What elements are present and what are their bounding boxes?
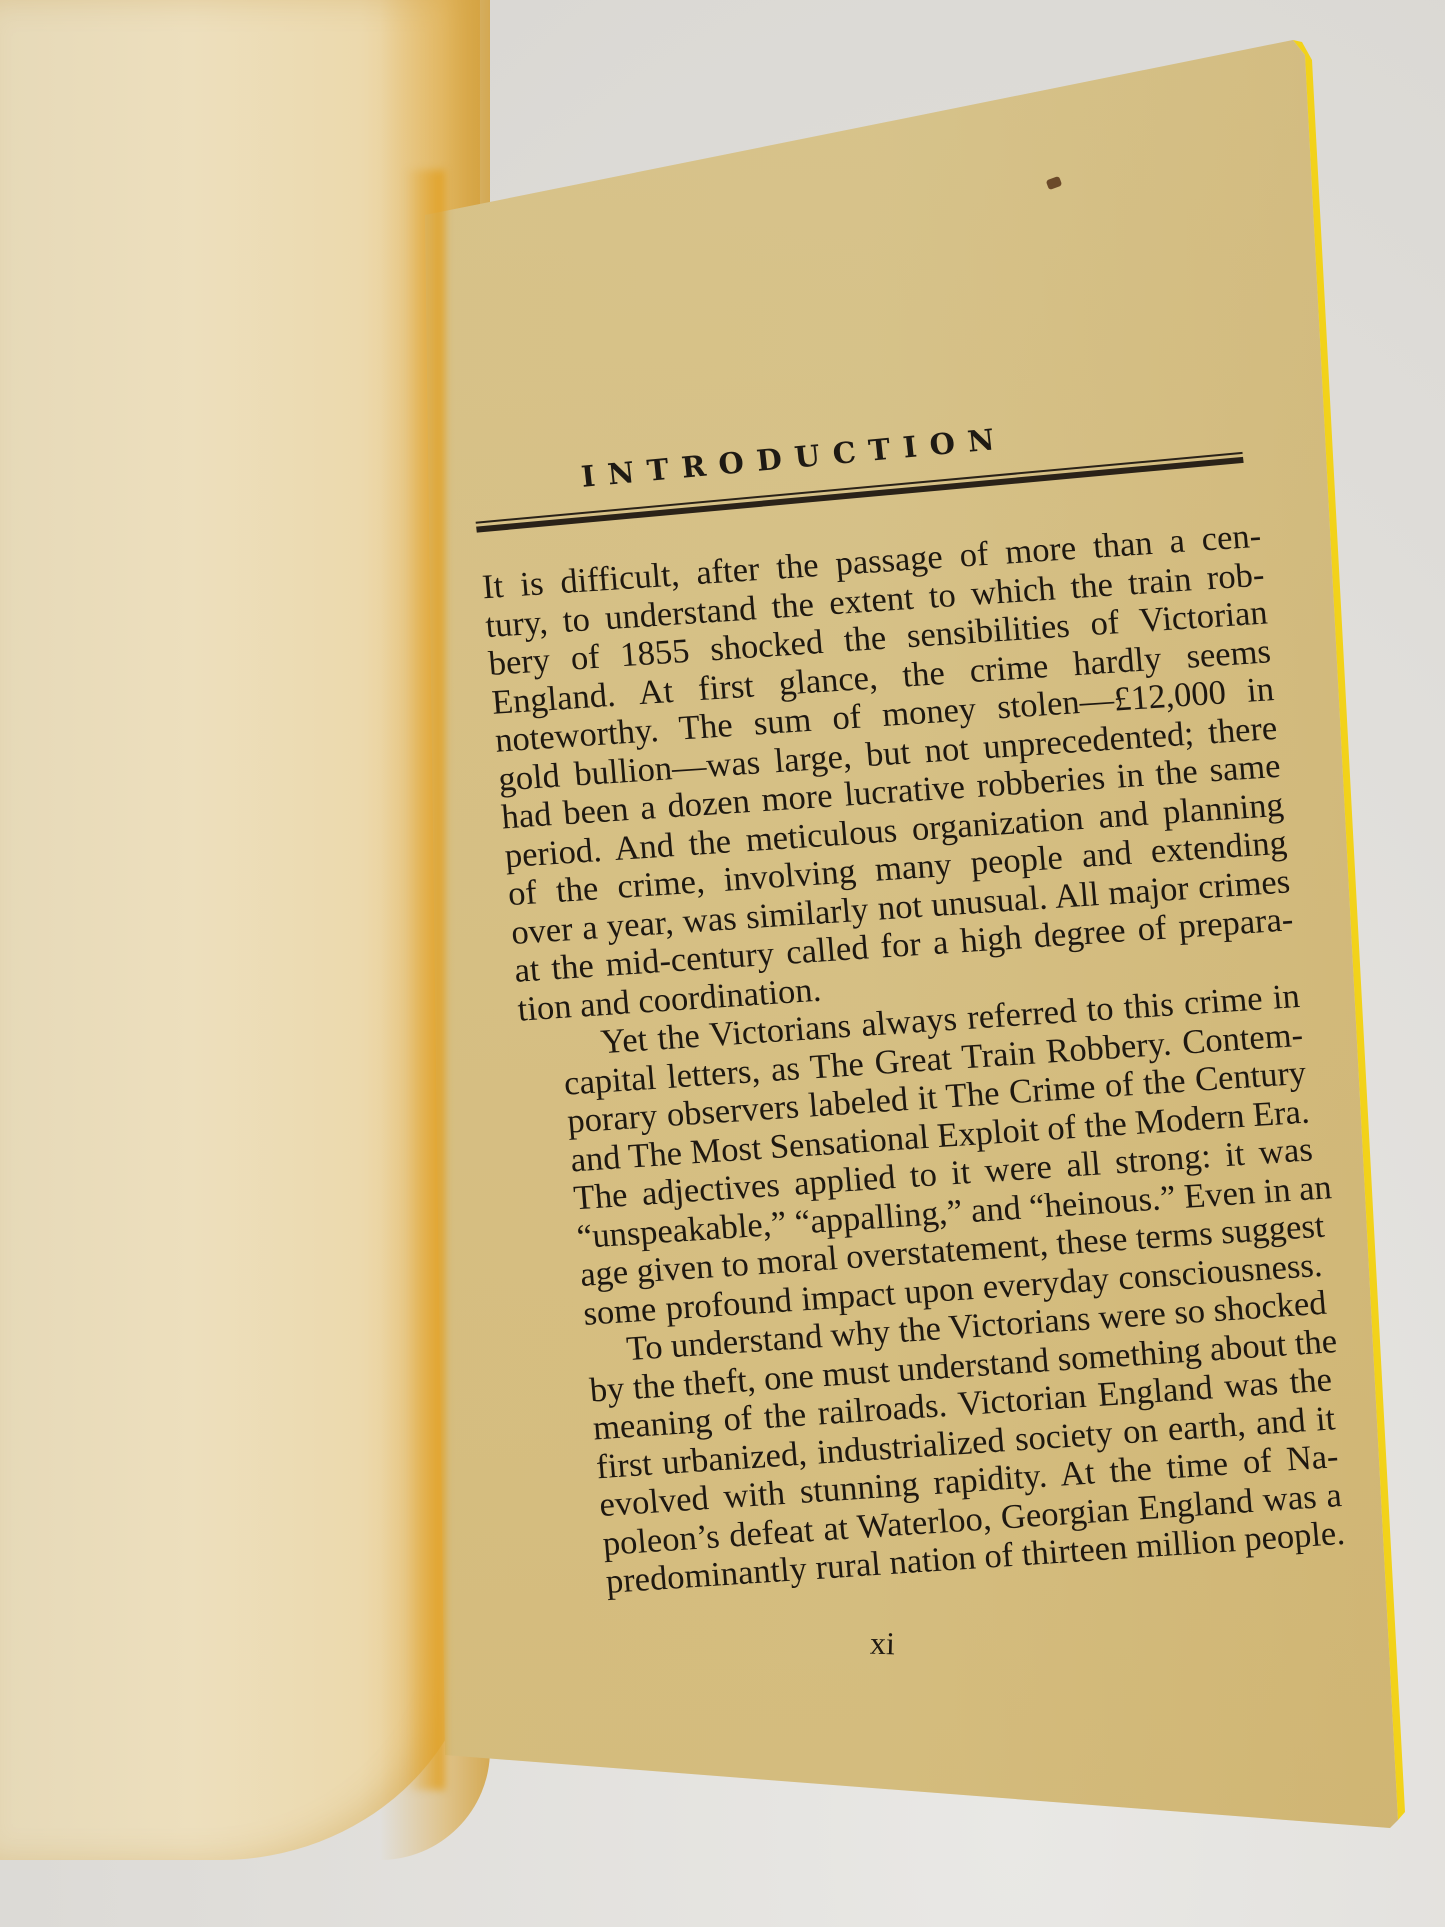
body-text: It is difficult, after the passage of mo… [481, 517, 1347, 1604]
book-gutter [405, 170, 445, 1790]
paragraph-3: To understand why the Victorians were so… [545, 1284, 1346, 1604]
paragraph-2: Yet the Victorians always referred to th… [519, 977, 1323, 1336]
paragraph-1: It is difficult, after the passage of mo… [481, 517, 1298, 1029]
page-text-block: INTRODUCTION It is difficult, after the … [470, 394, 1430, 1602]
page-number: xi [870, 1625, 896, 1663]
